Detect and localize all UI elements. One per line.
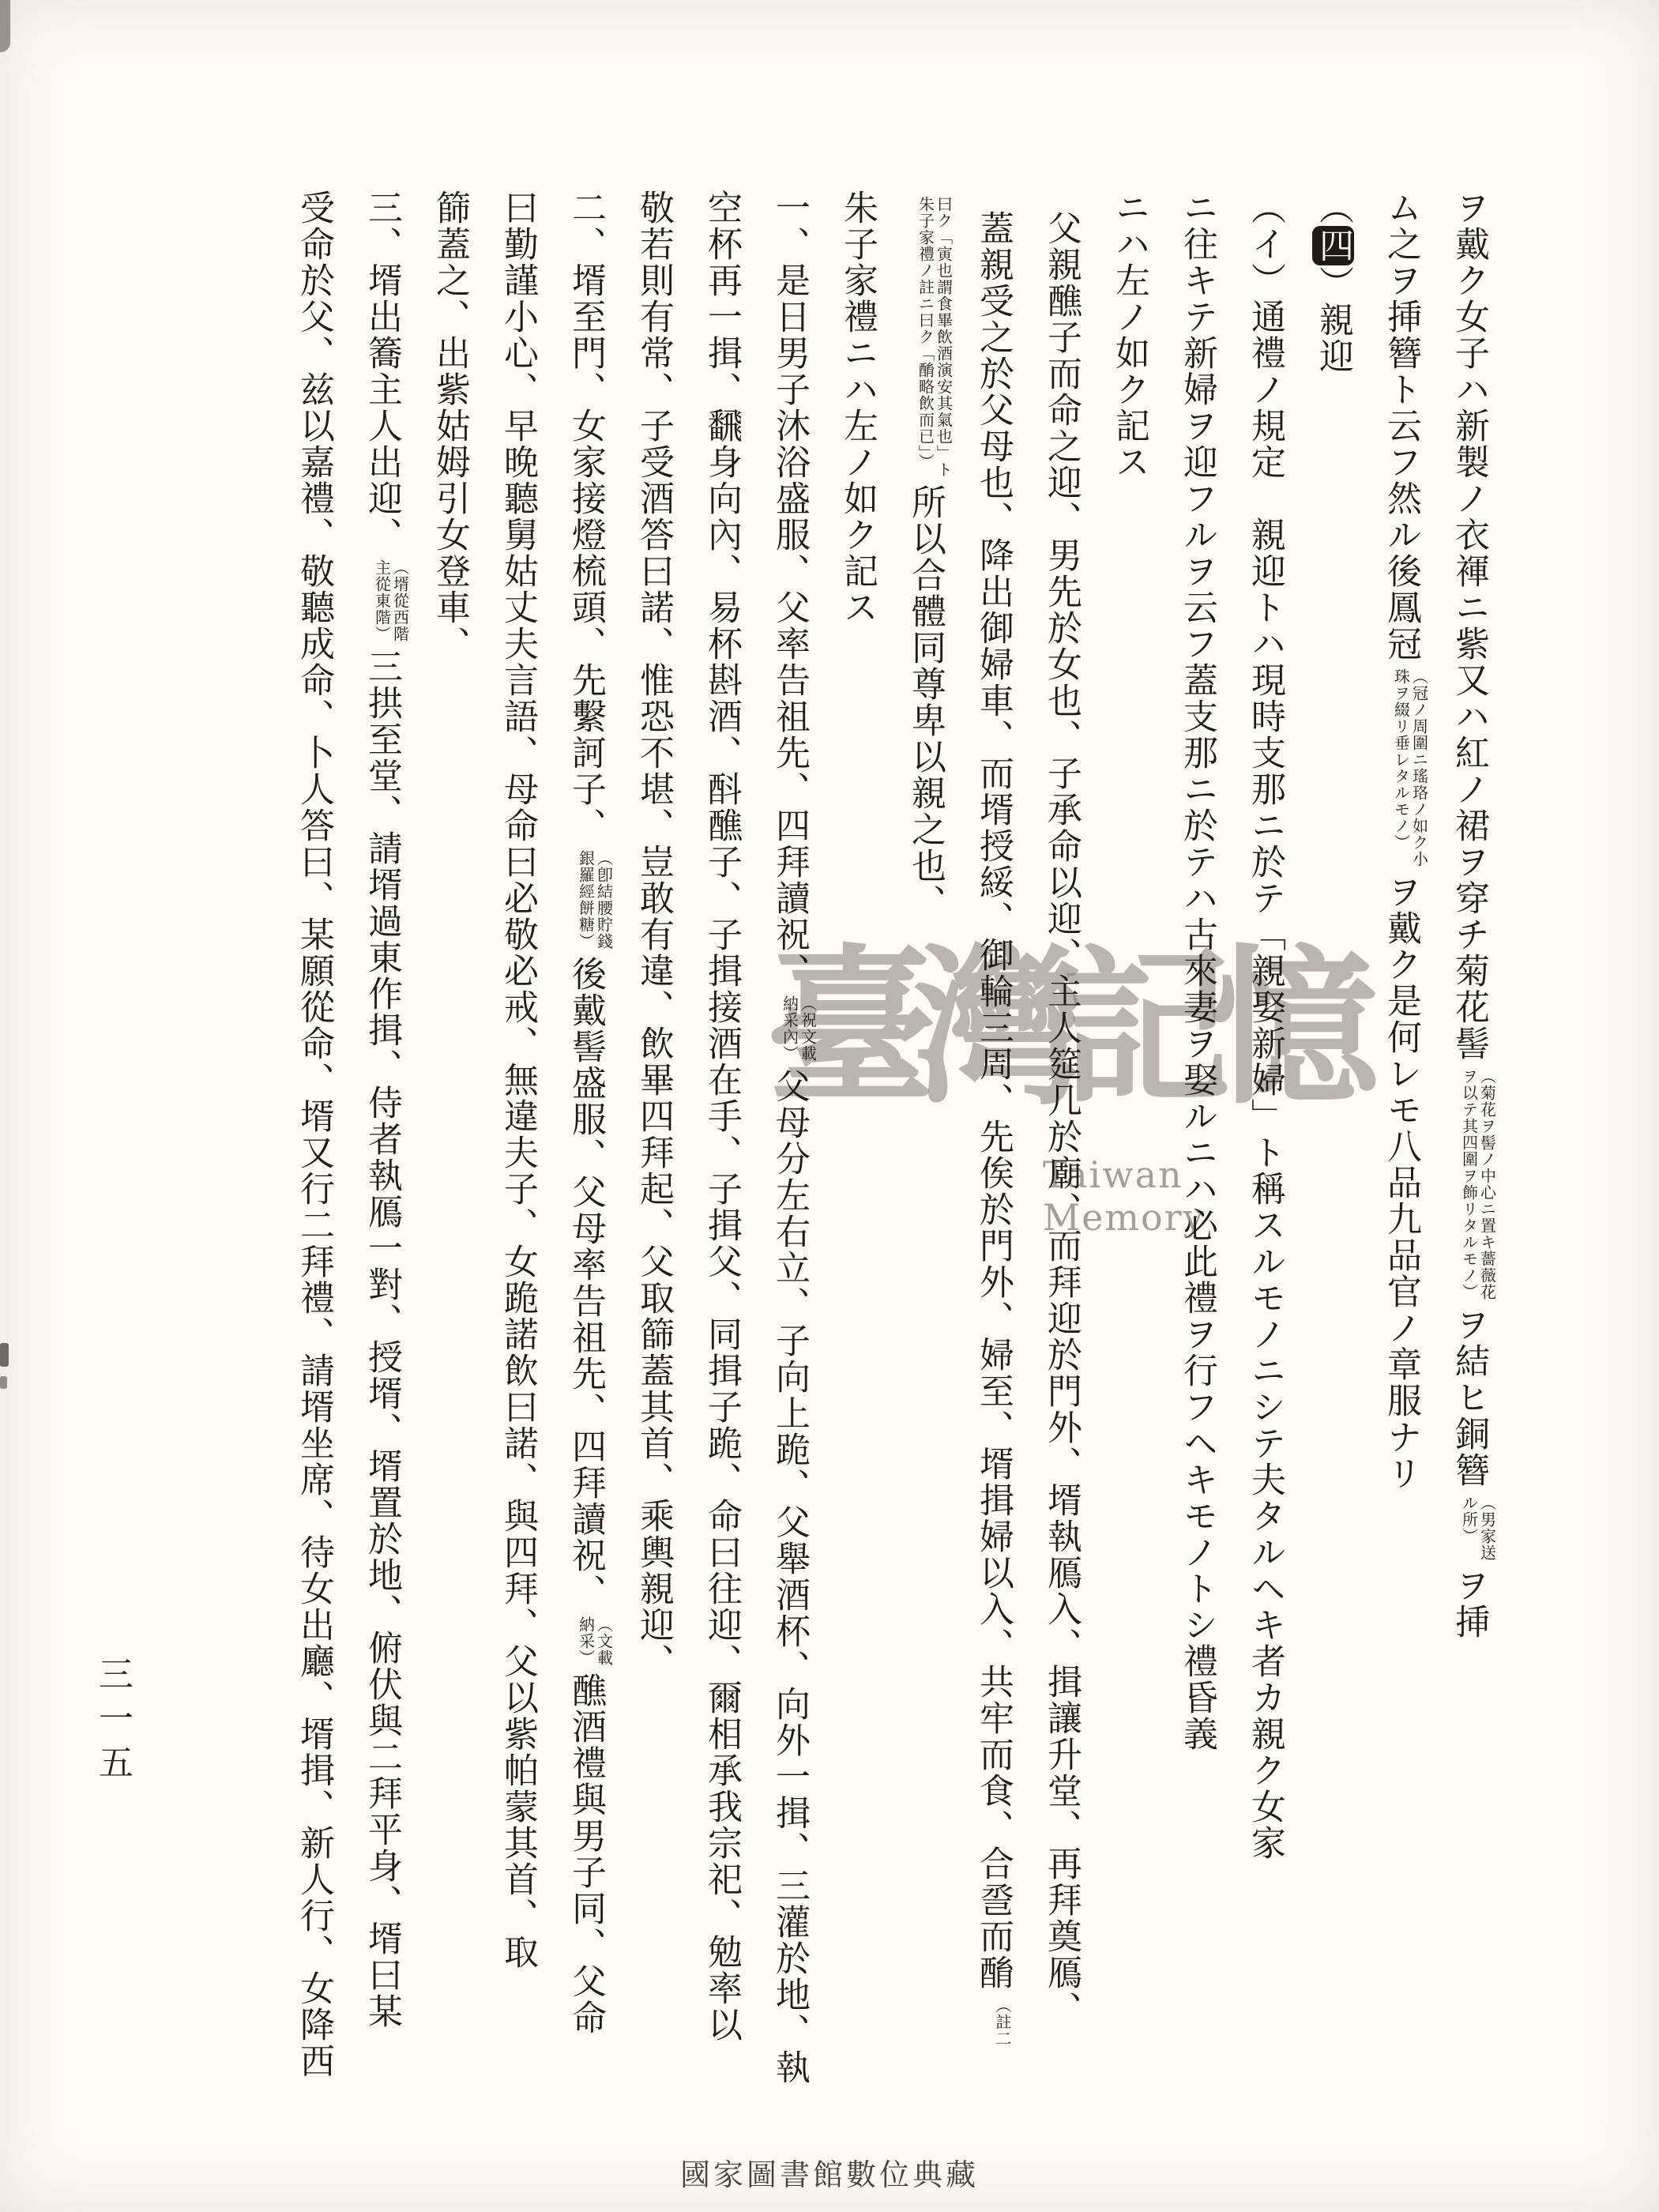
column-text: ヲ結ヒ銅簪: [1449, 1307, 1489, 1488]
text-column-18: 受命於父、兹以嘉禮、敬聽成命、卜人答曰、某願從命、壻又行二拜禮、請壻坐席、待女出…: [280, 190, 348, 2180]
text-column-8: 蓋親受之於父母也、降出御婦車、而壻授綏、御輪三周、先俟於門外、婦至、壻揖婦以入、…: [959, 190, 1027, 2180]
text-column-1: ヲ戴ク女子ハ新製ノ衣褌ニ紫又ハ紅ノ裙ヲ穿チ菊花髻（菊花ヲ髻ノ中心ニ置キ薔薇花ヲ以…: [1435, 190, 1503, 2180]
inline-annotation: 曰ク「寅也謂食畢飲酒演安其氣也」ト朱子家禮ノ註ニ曰ク「酳略飲而已」）: [916, 196, 953, 478]
text-column-16: 篩蓋之、出紫姑姆引女登車、: [416, 190, 483, 2180]
text-column-14: 二、壻至門、女家接燈梳頭、先繫訶子、（卽結腰貯錢銀羅經餅糖）後戴髻盛服、父母率告…: [551, 190, 619, 2180]
column-text: （: [1313, 190, 1353, 226]
scan-artifact: [0, 1343, 9, 1367]
text-column-11: 一、是日男子沐浴盛服、父率告祖先、四拜讀祝、（祝文載納采內）父母分左右立、子向上…: [755, 190, 823, 2180]
column-text: ヲ挿: [1449, 1567, 1489, 1640]
column-text: 父母分左右立、子向上跪、父舉酒杯、向外一揖、三灌於地、執: [769, 1068, 810, 2086]
column-text: ヲ戴ク女子ハ新製ノ衣褌ニ紫又ハ紅ノ裙ヲ穿チ菊花髻: [1449, 190, 1489, 1062]
scanned-document-page: 臺灣記憶 Taiwan Memory ヲ戴ク女子ハ新製ノ衣褌ニ紫又ハ紅ノ裙ヲ穿チ…: [0, 0, 1659, 2212]
text-column-12: 空杯再一揖、飜身向內、易杯斟酒、酙醮子、子揖接酒在手、子揖父、同揖子跪、命曰往迎…: [687, 190, 755, 2180]
column-text: 篩蓋之、出紫姑姆引女登車、: [430, 190, 470, 662]
text-column-4: （イ）通禮ノ規定 親迎トハ現時支那ニ於テ「親娶新婦」ト稱スルモノニシテ夫タルヘキ…: [1231, 190, 1299, 2180]
text-column-10: 朱子家禮ニハ左ノ如ク記ス: [823, 190, 891, 2180]
column-text: 醮酒禮與男子同、父命: [566, 1672, 606, 2036]
inline-annotation: （壻從西階主從東階）: [373, 559, 409, 642]
column-text: ニ往キテ新婦ヲ迎フルヲ云フ蓋支那ニ於テハ古來妻ヲ娶ルニハ必此禮ヲ行フヘキモノトシ…: [1177, 190, 1217, 1752]
column-text: 蓋親受之於父母也、降出御婦車、而壻授綏、御輪三周、先俟於門外、婦至、壻揖婦以入、…: [973, 210, 1014, 1991]
inline-annotation: （文載納采）: [577, 1616, 613, 1666]
column-text: 朱子家禮ニハ左ノ如ク記ス: [837, 190, 878, 626]
column-text: ）親迎: [1313, 265, 1353, 374]
text-column-6: ニハ左ノ如ク記ス: [1095, 190, 1163, 2180]
column-text: ム之ヲ挿簪ト云フ然ル後鳳冠: [1381, 190, 1421, 662]
text-column-9: 曰ク「寅也謂食畢飲酒演安其氣也」ト朱子家禮ノ註ニ曰ク「酳略飲而已」）所以合體同尊…: [891, 190, 959, 2180]
text-column-3: （四）親迎: [1299, 190, 1367, 2180]
column-text: 曰勤謹小心、早晚聽舅姑丈夫言語、母命曰必敬必戒、無違夫子、女跪諾飲曰諾、與四拜、…: [498, 190, 538, 1970]
text-column-13: 敬若則有常、子受酒答曰諾、惟恐不堪、豈敢有違、飲畢四拜起、父取篩蓋其首、乘輿親迎…: [619, 190, 687, 2180]
column-text: 敬若則有常、子受酒答曰諾、惟恐不堪、豈敢有違、飲畢四拜起、父取篩蓋其首、乘輿親迎…: [634, 190, 674, 1680]
inline-annotation: （祝文載納采內）: [781, 995, 817, 1062]
column-text: 後戴髻盛服、父母率告祖先、四拜讀祝、: [566, 956, 606, 1610]
page-number: 三一五: [87, 1656, 137, 1789]
inline-annotation: （菊花ヲ髻ノ中心ニ置キ薔薇花ヲ以テ其四圍ヲ飾リタルモノ）: [1460, 1068, 1496, 1300]
column-text: 二、壻至門、女家接燈梳頭、先繫訶子、: [566, 190, 606, 844]
text-column-17: 三、壻出簥主人出迎、（壻從西階主從東階）三拱至堂、請壻過東作揖、侍者執鴈一對、授…: [348, 190, 416, 2180]
text-column-7: 父親醮子而命之迎、男先於女也、子承命以迎、主人筵几於廟、而拜迎於門外、壻執鴈入、…: [1027, 190, 1095, 2180]
inline-annotation: （男家送ル所）: [1460, 1495, 1496, 1561]
column-text: 空杯再一揖、飜身向內、易杯斟酒、酙醮子、子揖接酒在手、子揖父、同揖子跪、命曰往迎…: [702, 190, 742, 2043]
column-text: ヲ戴ク是何レモ八品九品官ノ章服ナリ: [1381, 874, 1421, 1492]
inline-annotation: （冠ノ周圍ニ瑤珞ノ如ク小珠ヲ綴リ垂レタルモノ）: [1392, 668, 1428, 867]
column-text: 三、壻出簥主人出迎、: [362, 190, 402, 553]
column-text: 父親醮子而命之迎、男先於女也、子承命以迎、主人筵几於廟、而拜迎於門外、壻執鴈入、…: [1041, 210, 1082, 2027]
column-text: 三拱至堂、請壻過東作揖、侍者執鴈一對、授壻、壻置於地、俯伏與二拜平身、壻曰某: [362, 649, 402, 2030]
column-text: 一、是日男子沐浴盛服、父率告祖先、四拜讀祝、: [769, 190, 810, 989]
inline-annotation: （卽結腰貯錢銀羅經餅糖）: [577, 850, 613, 950]
text-column-15: 曰勤謹小心、早晚聽舅姑丈夫言語、母命曰必敬必戒、無違夫子、女跪諾飲曰諾、與四拜、…: [483, 190, 551, 2180]
scan-artifact: [0, 0, 10, 52]
document-text-columns: ヲ戴ク女子ハ新製ノ衣褌ニ紫又ハ紅ノ裙ヲ穿チ菊花髻（菊花ヲ髻ノ中心ニ置キ薔薇花ヲ以…: [280, 190, 1503, 2180]
scan-artifact: [0, 1376, 7, 1389]
section-number-badge: 四: [1312, 226, 1354, 265]
column-text: ニハ左ノ如ク記ス: [1109, 190, 1149, 480]
archive-footer-label: 國家圖書館數位典藏: [0, 2150, 1659, 2194]
text-column-5: ニ往キテ新婦ヲ迎フルヲ云フ蓋支那ニ於テハ古來妻ヲ娶ルニハ必此禮ヲ行フヘキモノトシ…: [1163, 190, 1231, 2180]
column-text: 所以合體同尊卑以親之也、: [905, 484, 946, 920]
text-column-2: ム之ヲ挿簪ト云フ然ル後鳳冠（冠ノ周圍ニ瑤珞ノ如ク小珠ヲ綴リ垂レタルモノ）ヲ戴ク是…: [1367, 190, 1435, 2180]
column-text: （イ）通禮ノ規定 親迎トハ現時支那ニ於テ「親娶新婦」ト稱スルモノニシテ夫タルヘキ…: [1245, 190, 1285, 1861]
inline-annotation: （註二: [993, 1997, 1011, 2047]
column-text: 受命於父、兹以嘉禮、敬聽成命、卜人答曰、某願從命、壻又行二拜禮、請壻坐席、待女出…: [294, 190, 334, 2079]
